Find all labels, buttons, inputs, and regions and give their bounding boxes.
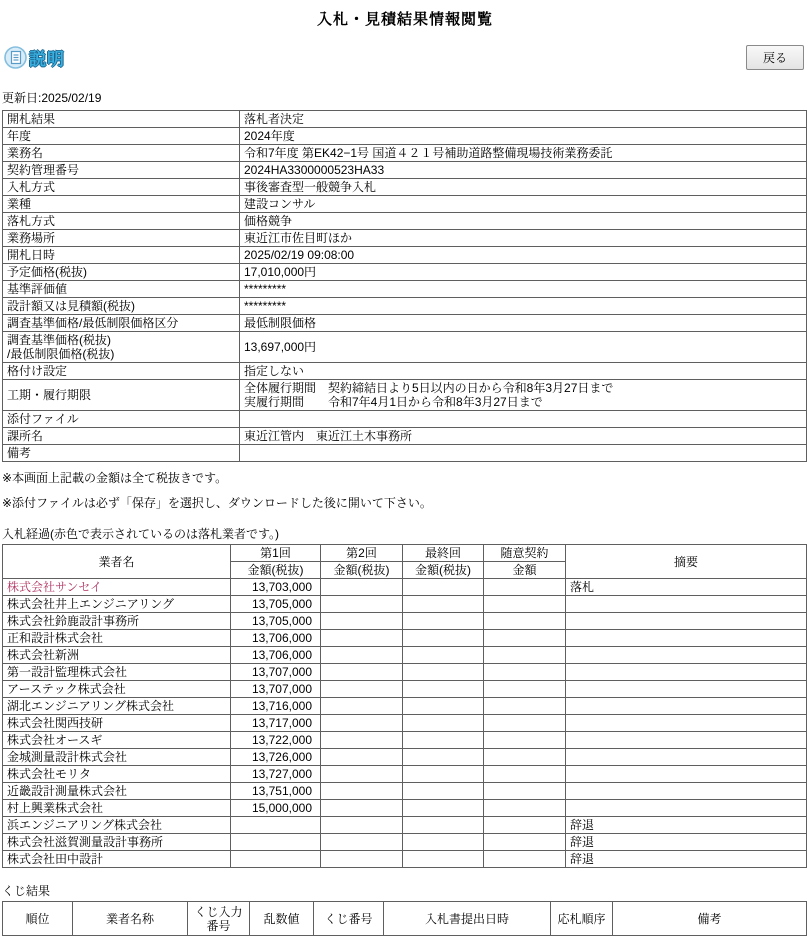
detail-row-value: ********* — [240, 281, 807, 298]
bid-amount-negotiated — [484, 630, 566, 647]
detail-row: 調査基準価格(税抜) /最低制限価格(税抜) 13,697,000円 — [3, 332, 807, 363]
col-header-lottery-input-number: くじ入力番号 — [188, 902, 250, 936]
bid-amount-round1: 13,705,000 — [231, 613, 321, 630]
bid-history-table: 業者名 第1回 第2回 最終回 随意契約 摘要 金額(税抜) 金額(税抜) 金額… — [2, 544, 807, 868]
bid-amount-round2 — [321, 749, 403, 766]
bid-note — [566, 596, 807, 613]
bid-note — [566, 783, 807, 800]
detail-row-value: 2024HA3300000523HA33 — [240, 162, 807, 179]
detail-row: 開札結果 落札者決定 — [3, 111, 807, 128]
bid-amount-round2 — [321, 681, 403, 698]
bid-amount-round2 — [321, 766, 403, 783]
bid-amount-round2 — [321, 851, 403, 868]
bid-vendor-name: アーステック株式会社 — [3, 681, 231, 698]
bid-amount-round2 — [321, 800, 403, 817]
col-subheader-amount3: 金額(税抜) — [403, 562, 484, 579]
bid-amount-negotiated — [484, 749, 566, 766]
detail-row-label: 基準評価値 — [3, 281, 240, 298]
bid-amount-negotiated — [484, 851, 566, 868]
bid-vendor-name: 株式会社オースギ — [3, 732, 231, 749]
detail-row-value — [240, 411, 807, 428]
bid-note: 辞退 — [566, 851, 807, 868]
bid-note — [566, 647, 807, 664]
detail-row: 基準評価値 ********* — [3, 281, 807, 298]
detail-row: 予定価格(税抜) 17,010,000円 — [3, 264, 807, 281]
detail-row-value: 指定しない — [240, 363, 807, 380]
bid-amount-round1: 13,703,000 — [231, 579, 321, 596]
bid-amount-final — [403, 647, 484, 664]
bid-amount-round2 — [321, 630, 403, 647]
bid-amount-negotiated — [484, 579, 566, 596]
back-button[interactable]: 戻る — [746, 45, 804, 70]
bid-amount-round2 — [321, 664, 403, 681]
bid-vendor-name: 株式会社新洲 — [3, 647, 231, 664]
detail-row-label: 課所名 — [3, 428, 240, 445]
bid-amount-final — [403, 800, 484, 817]
bid-amount-final — [403, 715, 484, 732]
lottery-caption: くじ結果 — [2, 882, 808, 899]
explain-button[interactable]: 説明 — [4, 45, 65, 70]
bid-note: 落札 — [566, 579, 807, 596]
detail-row-label: 格付け設定 — [3, 363, 240, 380]
bid-vendor-name: 株式会社鈴鹿設計事務所 — [3, 613, 231, 630]
bid-amount-final — [403, 749, 484, 766]
col-subheader-amount4: 金額 — [484, 562, 566, 579]
bid-row: 株式会社田中設計 辞退 — [3, 851, 807, 868]
bid-amount-final — [403, 766, 484, 783]
bid-amount-round1: 13,707,000 — [231, 664, 321, 681]
bid-row: 株式会社新洲 13,706,000 — [3, 647, 807, 664]
bid-row: 浜エンジニアリング株式会社 辞退 — [3, 817, 807, 834]
document-icon — [4, 46, 27, 69]
bid-amount-round2 — [321, 596, 403, 613]
detail-row: 工期・履行期限 全体履行期間 契約締結日より5日以内の日から令和8年3月27日ま… — [3, 380, 807, 411]
bid-amount-negotiated — [484, 732, 566, 749]
bid-row: 湖北エンジニアリング株式会社 13,716,000 — [3, 698, 807, 715]
bid-row: 株式会社サンセイ 13,703,000 落札 — [3, 579, 807, 596]
bid-note: 辞退 — [566, 834, 807, 851]
bid-amount-round2 — [321, 817, 403, 834]
detail-row-value: 2024年度 — [240, 128, 807, 145]
bid-amount-round1: 13,707,000 — [231, 681, 321, 698]
bid-vendor-name: 正和設計株式会社 — [3, 630, 231, 647]
bid-amount-negotiated — [484, 834, 566, 851]
detail-row-value: 事後審査型一般競争入札 — [240, 179, 807, 196]
detail-row: 備考 — [3, 445, 807, 462]
bid-amount-round2 — [321, 783, 403, 800]
bid-amount-final — [403, 732, 484, 749]
detail-row: 課所名 東近江管内 東近江土木事務所 — [3, 428, 807, 445]
bid-vendor-name: 株式会社モリタ — [3, 766, 231, 783]
explain-button-label: 説明 — [29, 45, 65, 70]
bid-amount-negotiated — [484, 715, 566, 732]
detail-row-label: 落札方式 — [3, 213, 240, 230]
detail-row-value: 価格競争 — [240, 213, 807, 230]
bid-vendor-name: 金城測量設計株式会社 — [3, 749, 231, 766]
bid-amount-round1: 13,717,000 — [231, 715, 321, 732]
note-tax: ※本画面上記載の金額は全て税抜きです。 — [2, 469, 808, 486]
bid-amount-round2 — [321, 834, 403, 851]
bid-amount-round2 — [321, 698, 403, 715]
bid-amount-round2 — [321, 613, 403, 630]
detail-row-label: 備考 — [3, 445, 240, 462]
detail-row: 落札方式 価格競争 — [3, 213, 807, 230]
lottery-header-row: 順位 業者名称 くじ入力番号 乱数値 くじ番号 入札書提出日時 応札順序 備考 — [3, 902, 807, 936]
bid-detail-table: 開札結果 落札者決定 年度 2024年度 業務名 令和7年度 第EK42−1号 … — [2, 110, 807, 462]
detail-row-label: 業種 — [3, 196, 240, 213]
detail-row-label: 添付ファイル — [3, 411, 240, 428]
bid-row: 株式会社関西技研 13,717,000 — [3, 715, 807, 732]
bid-amount-round2 — [321, 647, 403, 664]
bid-amount-round1 — [231, 851, 321, 868]
bid-amount-negotiated — [484, 596, 566, 613]
bid-vendor-name: 近畿設計測量株式会社 — [3, 783, 231, 800]
bid-amount-negotiated — [484, 613, 566, 630]
detail-row: 業務場所 東近江市佐目町ほか — [3, 230, 807, 247]
detail-row-value: 令和7年度 第EK42−1号 国道４２１号補助道路整備現場技術業務委託 — [240, 145, 807, 162]
bid-row: アーステック株式会社 13,707,000 — [3, 681, 807, 698]
detail-row: 格付け設定 指定しない — [3, 363, 807, 380]
lottery-result-table: 順位 業者名称 くじ入力番号 乱数値 くじ番号 入札書提出日時 応札順序 備考 — [2, 901, 807, 936]
detail-row-label: 契約管理番号 — [3, 162, 240, 179]
bid-amount-round2 — [321, 579, 403, 596]
bid-note — [566, 613, 807, 630]
col-header-remarks: 備考 — [613, 902, 807, 936]
detail-row-value: 東近江管内 東近江土木事務所 — [240, 428, 807, 445]
detail-row-label: 業務名 — [3, 145, 240, 162]
col-header-bid-order: 応札順序 — [551, 902, 613, 936]
bid-history-caption: 入札経過(赤色で表示されているのは落札業者です。) — [2, 525, 808, 542]
bid-row: 株式会社滋賀測量設計事務所 辞退 — [3, 834, 807, 851]
bid-amount-round1 — [231, 834, 321, 851]
bid-vendor-name: 第一設計監理株式会社 — [3, 664, 231, 681]
bid-row: 株式会社モリタ 13,727,000 — [3, 766, 807, 783]
bid-row: 金城測量設計株式会社 13,726,000 — [3, 749, 807, 766]
bid-vendor-name: 株式会社井上エンジニアリング — [3, 596, 231, 613]
bid-result-page: 入札・見積結果情報閲覧 説明 戻る 更新日:2025/02/19 開札結果 — [0, 8, 810, 936]
bid-amount-final — [403, 783, 484, 800]
col-header-note: 摘要 — [566, 545, 807, 579]
bid-note — [566, 732, 807, 749]
col-subheader-amount2: 金額(税抜) — [321, 562, 403, 579]
bid-row: 村上興業株式会社 15,000,000 — [3, 800, 807, 817]
col-header-vendor-name: 業者名称 — [73, 902, 188, 936]
bid-amount-final — [403, 834, 484, 851]
toolbar: 説明 戻る — [2, 43, 808, 71]
bid-amount-final — [403, 681, 484, 698]
bid-amount-round2 — [321, 715, 403, 732]
bid-note — [566, 664, 807, 681]
detail-row-value: 東近江市佐目町ほか — [240, 230, 807, 247]
bid-amount-negotiated — [484, 698, 566, 715]
col-header-random-value: 乱数値 — [250, 902, 314, 936]
col-header-final: 最終回 — [403, 545, 484, 562]
bid-header-row-1: 業者名 第1回 第2回 最終回 随意契約 摘要 — [3, 545, 807, 562]
page-title: 入札・見積結果情報閲覧 — [2, 8, 808, 29]
detail-row-label: 調査基準価格(税抜) /最低制限価格(税抜) — [3, 332, 240, 363]
detail-row-label: 年度 — [3, 128, 240, 145]
detail-row: 設計額又は見積額(税抜) ********* — [3, 298, 807, 315]
bid-note — [566, 715, 807, 732]
detail-row-label: 工期・履行期限 — [3, 380, 240, 411]
bid-note — [566, 630, 807, 647]
detail-row-value: 建設コンサル — [240, 196, 807, 213]
col-header-round2: 第2回 — [321, 545, 403, 562]
bid-amount-negotiated — [484, 800, 566, 817]
detail-row-label: 予定価格(税抜) — [3, 264, 240, 281]
bid-vendor-name: 株式会社関西技研 — [3, 715, 231, 732]
bid-amount-final — [403, 817, 484, 834]
bid-vendor-name: 湖北エンジニアリング株式会社 — [3, 698, 231, 715]
col-header-vendor: 業者名 — [3, 545, 231, 579]
bid-note — [566, 766, 807, 783]
detail-row-label: 業務場所 — [3, 230, 240, 247]
bid-amount-negotiated — [484, 783, 566, 800]
bid-amount-negotiated — [484, 664, 566, 681]
bid-amount-final — [403, 664, 484, 681]
detail-row: 業種 建設コンサル — [3, 196, 807, 213]
bid-amount-final — [403, 851, 484, 868]
bid-amount-round1: 13,726,000 — [231, 749, 321, 766]
detail-row: 添付ファイル — [3, 411, 807, 428]
detail-row-label: 調査基準価格/最低制限価格区分 — [3, 315, 240, 332]
bid-amount-round1: 13,751,000 — [231, 783, 321, 800]
bid-amount-negotiated — [484, 817, 566, 834]
bid-amount-round1 — [231, 817, 321, 834]
detail-row-value: 全体履行期間 契約締結日より5日以内の日から令和8年3月27日まで 実履行期間 … — [240, 380, 807, 411]
bid-vendor-name: 株式会社田中設計 — [3, 851, 231, 868]
detail-row-value: 2025/02/19 09:08:00 — [240, 247, 807, 264]
detail-row-value: ********* — [240, 298, 807, 315]
detail-row-value — [240, 445, 807, 462]
detail-row: 年度 2024年度 — [3, 128, 807, 145]
bid-amount-round1: 15,000,000 — [231, 800, 321, 817]
bid-vendor-name: 株式会社滋賀測量設計事務所 — [3, 834, 231, 851]
detail-row: 契約管理番号 2024HA3300000523HA33 — [3, 162, 807, 179]
bid-note: 辞退 — [566, 817, 807, 834]
bid-row: 株式会社井上エンジニアリング 13,705,000 — [3, 596, 807, 613]
notes: ※本画面上記載の金額は全て税抜きです。 ※添付ファイルは必ず「保存」を選択し、ダ… — [2, 469, 808, 511]
detail-row: 入札方式 事後審査型一般競争入札 — [3, 179, 807, 196]
update-date: 更新日:2025/02/19 — [2, 89, 808, 106]
bid-note — [566, 800, 807, 817]
bid-amount-final — [403, 613, 484, 630]
bid-row: 近畿設計測量株式会社 13,751,000 — [3, 783, 807, 800]
detail-row-label: 開札日時 — [3, 247, 240, 264]
note-attachment: ※添付ファイルは必ず「保存」を選択し、ダウンロードした後に開いて下さい。 — [2, 494, 808, 511]
col-header-negotiated: 随意契約 — [484, 545, 566, 562]
col-header-rank: 順位 — [3, 902, 73, 936]
detail-row-label: 開札結果 — [3, 111, 240, 128]
bid-amount-negotiated — [484, 681, 566, 698]
detail-row-label: 入札方式 — [3, 179, 240, 196]
bid-amount-final — [403, 596, 484, 613]
detail-row: 開札日時 2025/02/19 09:08:00 — [3, 247, 807, 264]
bid-row: 正和設計株式会社 13,706,000 — [3, 630, 807, 647]
bid-row: 株式会社鈴鹿設計事務所 13,705,000 — [3, 613, 807, 630]
bid-amount-round2 — [321, 732, 403, 749]
col-subheader-amount1: 金額(税抜) — [231, 562, 321, 579]
detail-row: 業務名 令和7年度 第EK42−1号 国道４２１号補助道路整備現場技術業務委託 — [3, 145, 807, 162]
bid-note — [566, 698, 807, 715]
bid-note — [566, 749, 807, 766]
detail-row: 調査基準価格/最低制限価格区分 最低制限価格 — [3, 315, 807, 332]
bid-amount-round1: 13,706,000 — [231, 630, 321, 647]
col-header-round1: 第1回 — [231, 545, 321, 562]
col-header-lottery-number: くじ番号 — [314, 902, 384, 936]
bid-note — [566, 681, 807, 698]
bid-amount-final — [403, 579, 484, 596]
bid-amount-negotiated — [484, 647, 566, 664]
bid-vendor-name: 村上興業株式会社 — [3, 800, 231, 817]
col-header-bid-submit-datetime: 入札書提出日時 — [384, 902, 551, 936]
bid-amount-round1: 13,705,000 — [231, 596, 321, 613]
detail-row-value: 17,010,000円 — [240, 264, 807, 281]
bid-amount-round1: 13,706,000 — [231, 647, 321, 664]
bid-vendor-name: 株式会社サンセイ — [3, 579, 231, 596]
detail-row-value: 落札者決定 — [240, 111, 807, 128]
bid-amount-round1: 13,722,000 — [231, 732, 321, 749]
bid-row: 株式会社オースギ 13,722,000 — [3, 732, 807, 749]
bid-amount-round1: 13,727,000 — [231, 766, 321, 783]
detail-row-value: 最低制限価格 — [240, 315, 807, 332]
bid-row: 第一設計監理株式会社 13,707,000 — [3, 664, 807, 681]
bid-amount-negotiated — [484, 766, 566, 783]
bid-amount-final — [403, 698, 484, 715]
bid-vendor-name: 浜エンジニアリング株式会社 — [3, 817, 231, 834]
bid-amount-final — [403, 630, 484, 647]
detail-row-label: 設計額又は見積額(税抜) — [3, 298, 240, 315]
detail-row-value: 13,697,000円 — [240, 332, 807, 363]
bid-amount-round1: 13,716,000 — [231, 698, 321, 715]
